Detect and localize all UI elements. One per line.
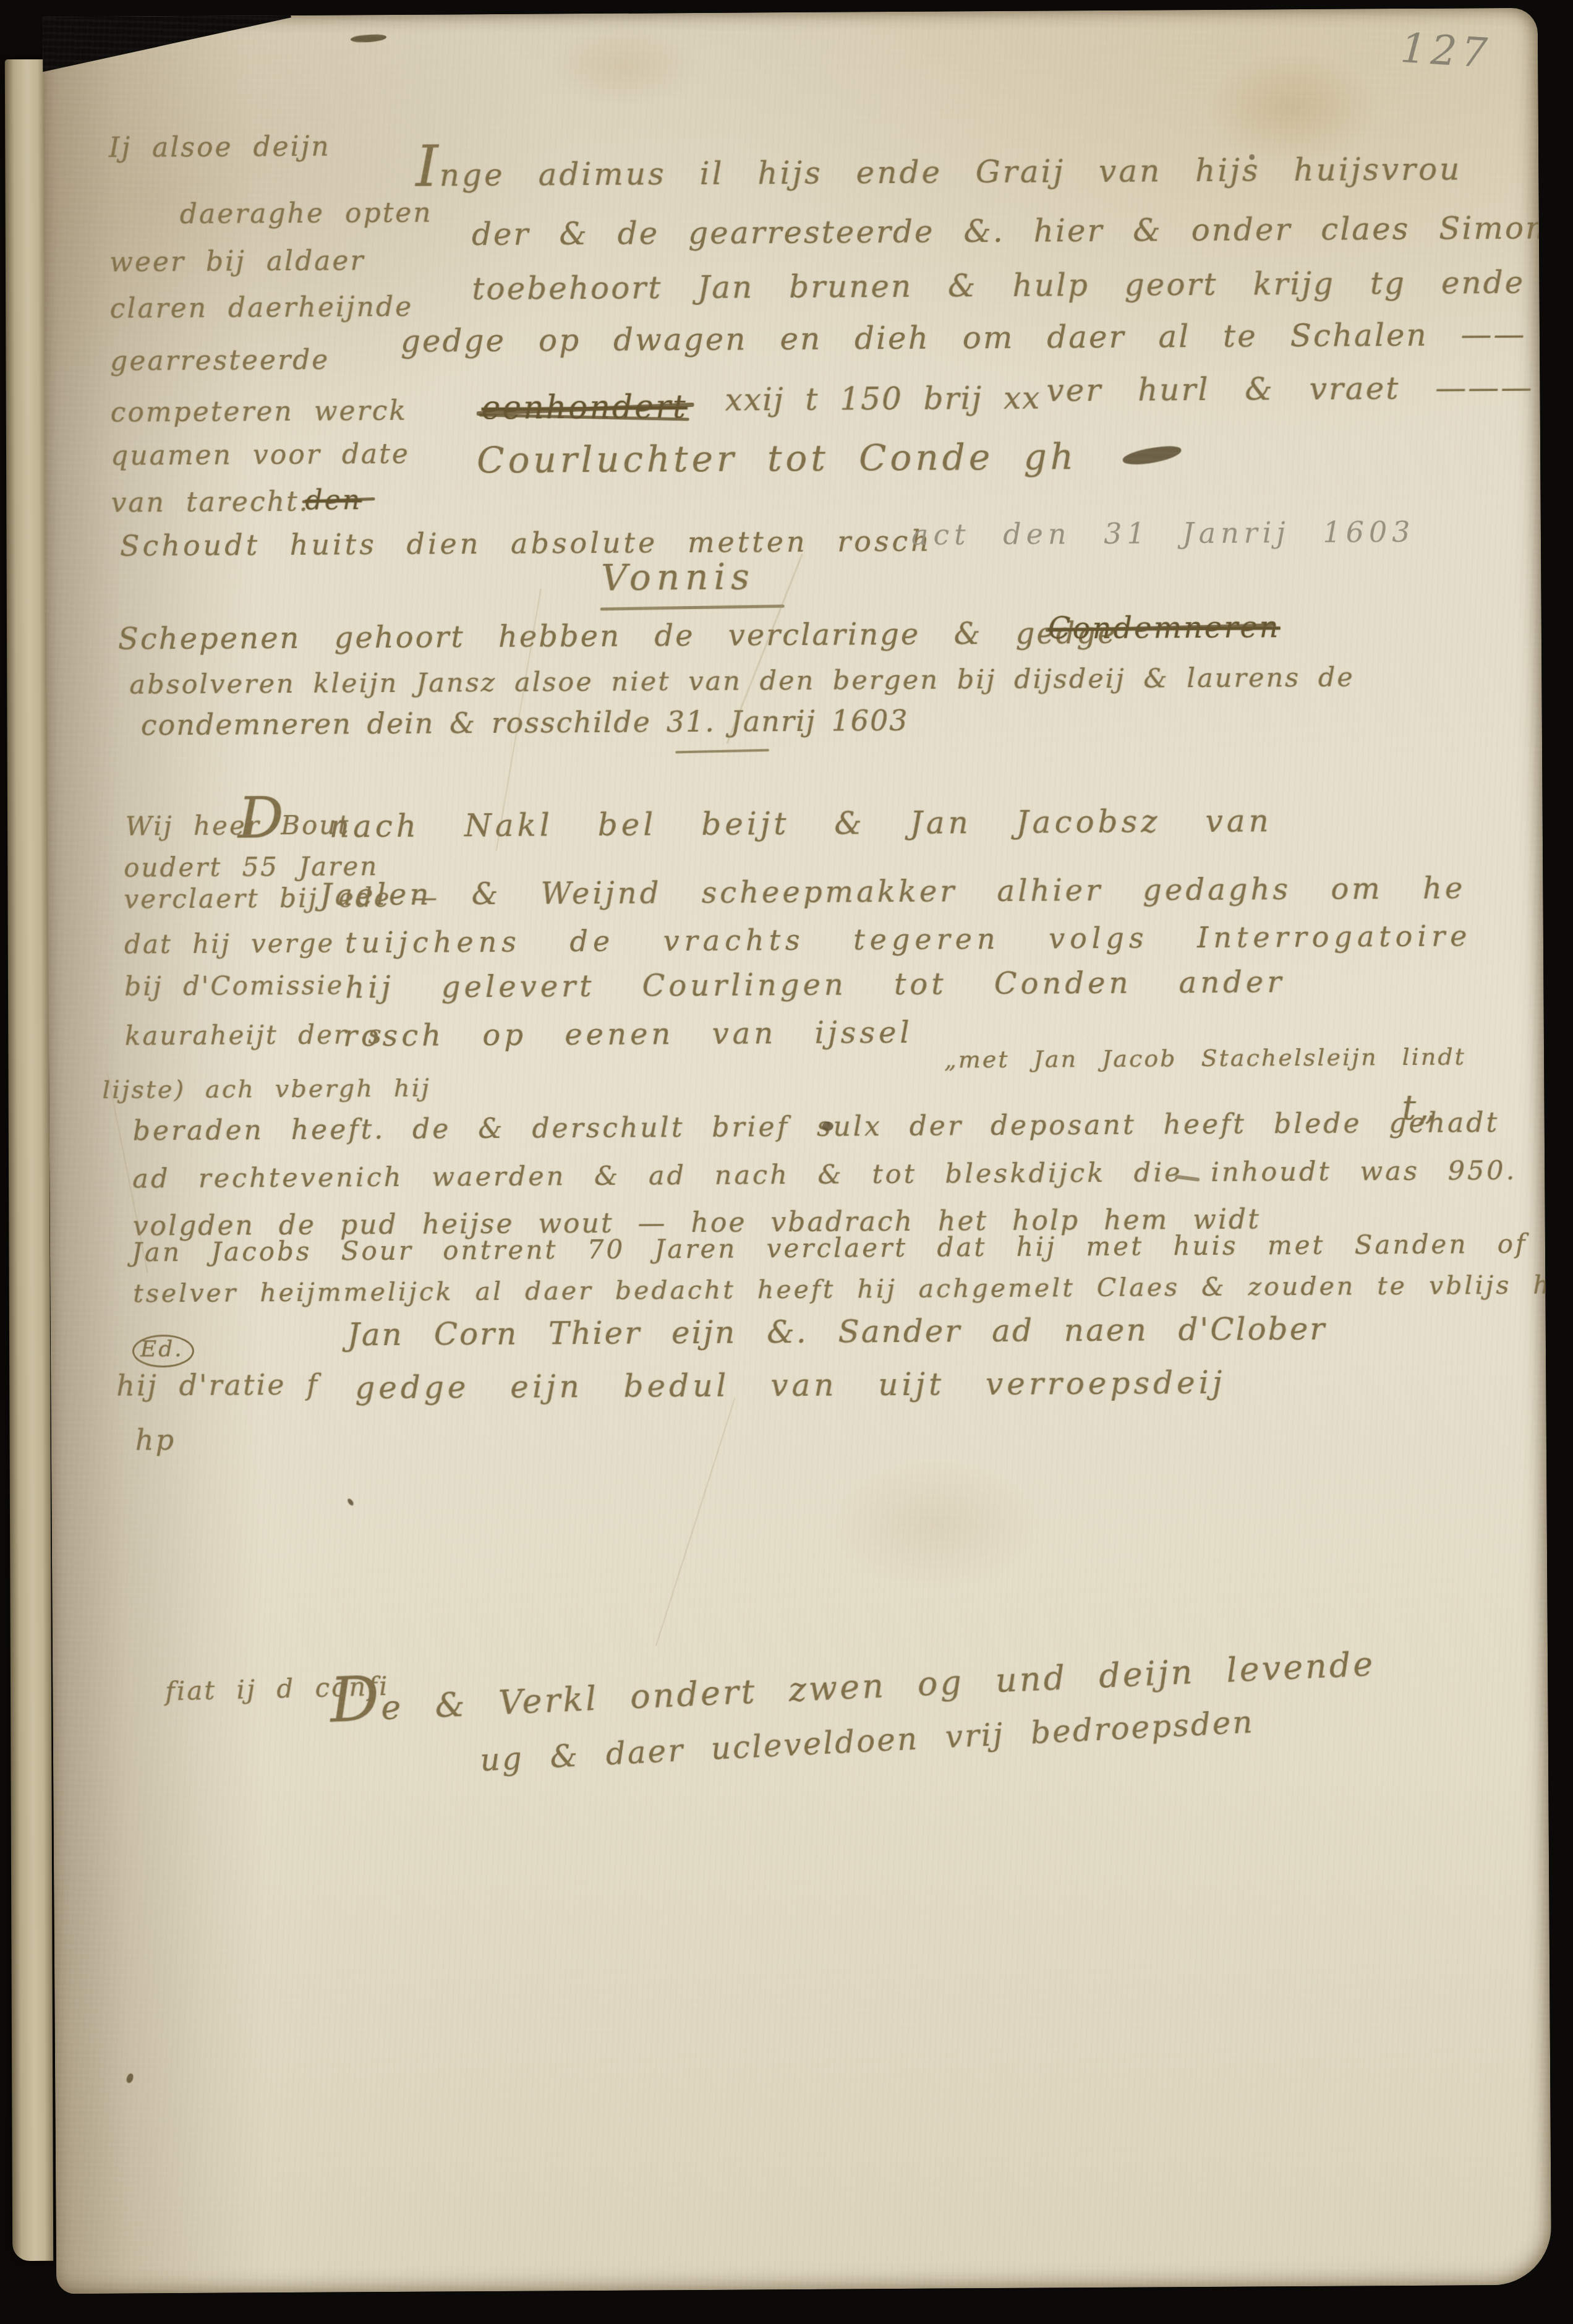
- handwritten-line: gearresteerde: [110, 345, 330, 378]
- handwritten-line: xxij t 150 brij xx: [725, 381, 1041, 419]
- stain: [830, 1458, 1041, 1589]
- handwritten-line: Jan Corn Thier eijn &. Sander ad naen d'…: [347, 1312, 1327, 1353]
- handwritten-line: gedge op dwagen en dieh om daer al te Sc…: [401, 317, 1527, 360]
- handwritten-line: lijste) ach vbergh hij: [102, 1074, 431, 1104]
- handwritten-line: Schepenen gehoort hebben de verclaringe …: [118, 617, 1117, 657]
- handwritten-line: Jaelen & Weijnd scheepmakker alhier geda…: [320, 871, 1465, 913]
- handwritten-line: claren daerheijnde: [110, 292, 414, 325]
- handwritten-line: Schoudt huits dien absolute metten rosch: [120, 525, 932, 563]
- stain: [550, 25, 699, 106]
- handwritten-line: daeraghe opten: [180, 198, 433, 231]
- handwritten-line: van tarecht.: [111, 487, 309, 519]
- handwritten-line: beraden heeft. de & derschult brief sulx…: [133, 1108, 1500, 1147]
- handwritten-line: hp: [135, 1424, 176, 1456]
- handwritten-line: Ed.: [132, 1335, 194, 1368]
- handwritten-line: „met Jan Jacob Stachelsleijn lindt: [944, 1043, 1466, 1074]
- section-heading-vonnis: Vonnis: [601, 555, 755, 599]
- handwritten-line: rosch op eenen van ijssel: [343, 1016, 913, 1054]
- handwritten-line: Courluchter tot Conde gh: [477, 436, 1077, 481]
- stain: [1205, 52, 1379, 164]
- handwritten-line: t„: [1402, 1088, 1438, 1129]
- handwritten-line: tselver heijmmelijck al daer bedacht hee…: [133, 1270, 1551, 1309]
- handwritten-line: condemneren dein & rosschilde 31. Janrij…: [141, 704, 909, 741]
- handwritten-line: ver hurl & vraet ———: [1046, 370, 1533, 409]
- handwritten-line: weer bij aldaer: [109, 246, 365, 278]
- manuscript-page: 127 Vonnis Ij alsoe deijndaeraghe optenw…: [43, 8, 1551, 2294]
- handwritten-line: act den 31 Janrij 1603: [911, 516, 1415, 552]
- handwritten-line: hij d'ratie f: [116, 1369, 319, 1403]
- handwritten-line: quamen voor date: [111, 439, 410, 472]
- handwritten-line: tuijchens de vrachts tegeren volgs Inter…: [345, 920, 1472, 959]
- handwritten-line: competeren werck: [111, 396, 408, 429]
- handwritten-line: hij gelevert Courlingen tot Conden ander: [345, 965, 1285, 1005]
- handwritten-line: ad rechtevenich waerden & ad nach & tot …: [132, 1155, 1551, 1195]
- ink-dot: [822, 1122, 833, 1131]
- handwritten-line: bij d'Comissie: [124, 970, 344, 1001]
- handwritten-line: dat hij verge: [124, 929, 335, 960]
- handwriting-layer: Vonnis Ij alsoe deijndaeraghe optenweer …: [43, 8, 1551, 2294]
- handwritten-line: gedge eijn bedul van uijt verroepsdeij: [355, 1365, 1226, 1406]
- handwritten-line: toebehoort Jan brunen & hulp geort krijg…: [472, 265, 1525, 307]
- handwritten-line: absolveren kleijn Jansz alsoe niet van d…: [129, 662, 1355, 701]
- handwritten-line: Ij alsoe deijn: [109, 132, 331, 164]
- handwritten-line: D nach Nakl bel beijt & Jan Jacobsz van: [238, 796, 1272, 845]
- handwritten-line: der & de gearresteerde &. hier & onder c…: [472, 210, 1551, 252]
